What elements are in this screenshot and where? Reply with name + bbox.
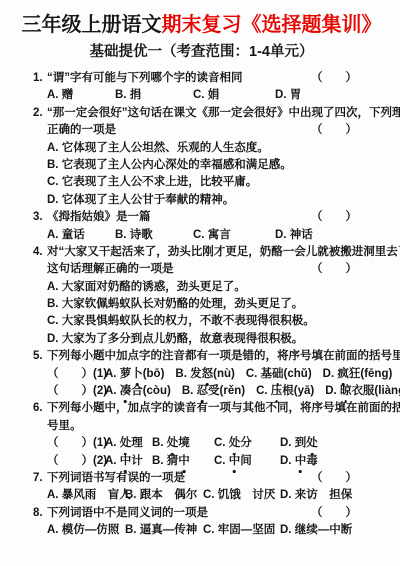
question-4-stem-line1: 4. 对“大家又干起活来了，劲头比刚才更足，奶酪一会儿就被搬进洞里去了。” — [33, 244, 370, 261]
dotted-char: 忍 — [197, 383, 209, 400]
question-number: 2. — [33, 105, 47, 122]
option-b: B. 处境 — [152, 435, 214, 452]
title-red-part: 期末复习《选择题集训》 — [162, 14, 382, 36]
option-d: D. 晾衣服(liàng) — [325, 383, 400, 400]
question-number: 3. — [33, 209, 47, 226]
answer-blank: （ ）(1) — [47, 435, 105, 452]
question-2-option-a: A. 它体现了主人公坦然、乐观的人生态度。 — [33, 140, 370, 157]
option-b: B. 捐 — [115, 87, 193, 104]
option-a: A. 童话 — [47, 227, 115, 244]
option-b: B. 逼真—传神 — [125, 522, 203, 539]
question-number: 6. — [33, 400, 47, 417]
dotted-char: 处 — [306, 435, 318, 452]
question-2-stem-line1: 2. “那一定会很好”这句话在课文《那一定会很好》中出现了四次，下列理解不 — [33, 105, 370, 122]
question-text: 下列每小题中，加点字的读音有一项与其他不同，将序号填在前面的括 — [47, 400, 400, 417]
option-a: A. 赠 — [47, 87, 115, 104]
question-3-stem: 3. 《拇指姑娘》是一篇 （ ） — [33, 209, 370, 226]
option-a: A. 中计 — [105, 453, 152, 470]
question-text: 正确的一项是 — [47, 122, 116, 139]
question-6-stem-line2: 号里。 — [33, 418, 370, 435]
question-2-option-c: C. 它表现了主人公不求上进，比较平庸。 — [33, 174, 370, 191]
option-b: B. 诗歌 — [115, 227, 193, 244]
bracket: （ ） — [47, 437, 93, 449]
question-5-stem: 5. 下列每小题中加点字的注音都有一项是错的，将序号填在前面的括号里。 — [33, 348, 370, 365]
option-c: C. 它表现了主人公不求上进，比较平庸。 — [47, 174, 257, 191]
question-text: “谓”字有可能与下列哪个字的读音相同 — [47, 70, 243, 87]
worksheet-page: 三年级上册语文期末复习《选择题集训》 基础提优一（考查范围：1-4单元） 1. … — [0, 0, 400, 566]
option-b: B. 忍受(rěn) — [182, 383, 245, 400]
option-d: D. 神话 — [275, 227, 370, 244]
question-1-options: A. 赠 B. 捐 C. 娟 D. 胃 — [33, 87, 370, 104]
option-b: B. 发怒(nù) — [175, 366, 234, 383]
dotted-char: 中 — [229, 453, 241, 470]
dotted-char: 疯 — [337, 366, 349, 383]
option-a: A. 处理 — [105, 435, 152, 452]
answer-blank: （ ）(2) — [47, 453, 105, 470]
dotted-char: 怒 — [202, 366, 214, 383]
question-4-stem-line2: 这句话理解正确的一项是 （ ） — [33, 261, 370, 278]
answer-blank: （ ） — [311, 70, 357, 87]
question-7-options: A. 暴风雨 盲人 B. 跟本 偶尔 C. 饥饿 讨厌 D. 来访 担保 — [33, 487, 370, 504]
dotted-char: 处 — [120, 435, 132, 452]
dotted-char: 凑 — [120, 383, 132, 400]
question-4-option-b: B. 大家钦佩蚂蚁队长对奶酪的处理，劲头更足了。 — [33, 296, 370, 313]
answer-blank: （ ） — [311, 505, 357, 522]
question-3-options: A. 童话 B. 诗歌 C. 寓言 D. 神话 — [33, 227, 370, 244]
answer-blank: （ ） — [311, 209, 357, 226]
option-d: D. 来访 担保 — [280, 487, 370, 504]
option-c: C. 中间 — [214, 453, 280, 470]
question-4-option-c: C. 大家畏惧蚂蚁队长的权力，不敢不表现得很积极。 — [33, 313, 370, 330]
option-b: B. 猜中 — [152, 453, 214, 470]
question-1-stem: 1. “谓”字有可能与下列哪个字的读音相同 （ ） — [33, 70, 370, 87]
dotted-char: 卜 — [131, 366, 143, 383]
option-c: C. 牢固—坚固 — [203, 522, 280, 539]
question-text: 下列每小题中加点字的注音都有一项是错的，将序号填在前面的括号里。 — [47, 348, 400, 365]
question-number: 8. — [33, 505, 47, 522]
title-black-part: 三年级上册语文 — [22, 14, 162, 36]
question-number: 5. — [33, 348, 47, 365]
dotted-char: 处 — [229, 435, 241, 452]
option-d: D. 大家为了多分到点儿奶酪，故意表现得很积极。 — [47, 331, 303, 348]
answer-blank: （ ）(1) — [47, 366, 105, 383]
question-4-option-a: A. 大家面对奶酪的诱惑，劲头更足了。 — [33, 279, 370, 296]
dotted-char: 压 — [271, 383, 283, 400]
question-text: 这句话理解正确的一项是 — [47, 261, 174, 278]
option-d: D. 胃 — [275, 87, 370, 104]
option-a: A. 萝卜(bō) — [105, 366, 164, 383]
option-d: D. 继续—中断 — [280, 522, 370, 539]
option-a: A. 大家面对奶酪的诱惑，劲头更足了。 — [47, 279, 246, 296]
option-b: B. 它表现了主人公内心深处的幸福感和满足感。 — [47, 157, 292, 174]
question-6-sub-2: （ ）(2) A. 中计 B. 猜中 C. 中间 D. 中毒 — [33, 453, 370, 470]
question-number: 1. — [33, 70, 47, 87]
option-d: D. 疯狂(fēng) — [323, 366, 393, 383]
option-c: C. 饥饿 讨厌 — [203, 487, 280, 504]
answer-blank: （ ） — [311, 470, 357, 487]
question-8-options: A. 模仿—仿照 B. 逼真—传神 C. 牢固—坚固 D. 继续—中断 — [33, 522, 370, 539]
answer-blank: （ ） — [311, 122, 357, 139]
dotted-char: 晾 — [340, 383, 352, 400]
question-text: “那一定会很好”这句话在课文《那一定会很好》中出现了四次，下列理解不 — [47, 105, 400, 122]
question-number: 7. — [33, 470, 47, 487]
option-c: C. 大家畏惧蚂蚁队长的权力，不敢不表现得很积极。 — [47, 313, 315, 330]
question-5-sub-2: （ ）(2) A. 凑合(còu) B. 忍受(rěn) C. 压根(yā) D… — [33, 383, 370, 400]
option-c: C. 基础(chǔ) — [246, 366, 312, 383]
page-title: 三年级上册语文期末复习《选择题集训》 — [21, 12, 382, 39]
question-text: 下列词语书写有误的一项是 — [47, 470, 185, 487]
option-c: C. 压根(yā) — [256, 383, 314, 400]
option-b: B. 大家钦佩蚂蚁队长对奶酪的处理，劲头更足了。 — [47, 296, 303, 313]
question-2-option-d: D. 它体现了主人公甘于奉献的精神。 — [33, 192, 370, 209]
question-text: 对“大家又干起活来了，劲头比刚才更足，奶酪一会儿就被搬进洞里去了。” — [47, 244, 400, 261]
bracket: （ ） — [47, 455, 93, 467]
dotted-char: 中 — [120, 453, 132, 470]
question-7-stem: 7. 下列词语书写有误的一项是 （ ） — [33, 470, 370, 487]
bracket: （ ） — [47, 368, 93, 380]
option-d: D. 它体现了主人公甘于奉献的精神。 — [47, 192, 234, 209]
option-a: A. 它体现了主人公坦然、乐观的人生态度。 — [47, 140, 269, 157]
option-d: D. 到处 — [280, 435, 370, 452]
bracket: （ ） — [47, 385, 93, 397]
option-c: C. 娟 — [193, 87, 275, 104]
option-c: C. 处分 — [214, 435, 280, 452]
question-6-sub-1: （ ）(1) A. 处理 B. 处境 C. 处分 D. 到处 — [33, 435, 370, 452]
dotted-char: 础 — [272, 366, 284, 383]
dotted-char: 中 — [178, 453, 190, 470]
option-b: B. 跟本 偶尔 — [125, 487, 203, 504]
question-2-option-b: B. 它表现了主人公内心深处的幸福感和满足感。 — [33, 157, 370, 174]
option-a: A. 暴风雨 盲人 — [47, 487, 125, 504]
question-number: 4. — [33, 244, 47, 261]
question-text: 下列词语中不是同义词的一项是 — [47, 505, 208, 522]
question-text: 《拇指姑娘》是一篇 — [47, 209, 151, 226]
dotted-char: 处 — [167, 435, 179, 452]
dotted-char: 中 — [295, 453, 307, 470]
page-subtitle: 基础提优一（考查范围：1-4单元） — [33, 42, 370, 63]
option-a: A. 模仿—仿照 — [47, 522, 125, 539]
question-text: 号里。 — [47, 418, 82, 435]
option-a: A. 凑合(còu) — [105, 383, 171, 400]
option-d: D. 中毒 — [280, 453, 370, 470]
question-2-stem-line2: 正确的一项是 （ ） — [33, 122, 370, 139]
question-5-sub-1: （ ）(1) A. 萝卜(bō) B. 发怒(nù) C. 基础(chǔ) D.… — [33, 366, 370, 383]
answer-blank: （ ）(2) — [47, 383, 105, 400]
question-4-option-d: D. 大家为了多分到点儿奶酪，故意表现得很积极。 — [33, 331, 370, 348]
option-c: C. 寓言 — [193, 227, 275, 244]
answer-blank: （ ） — [311, 261, 357, 278]
question-6-stem-line1: 6. 下列每小题中，加点字的读音有一项与其他不同，将序号填在前面的括 — [33, 400, 370, 417]
question-8-stem: 8. 下列词语中不是同义词的一项是 （ ） — [33, 505, 370, 522]
